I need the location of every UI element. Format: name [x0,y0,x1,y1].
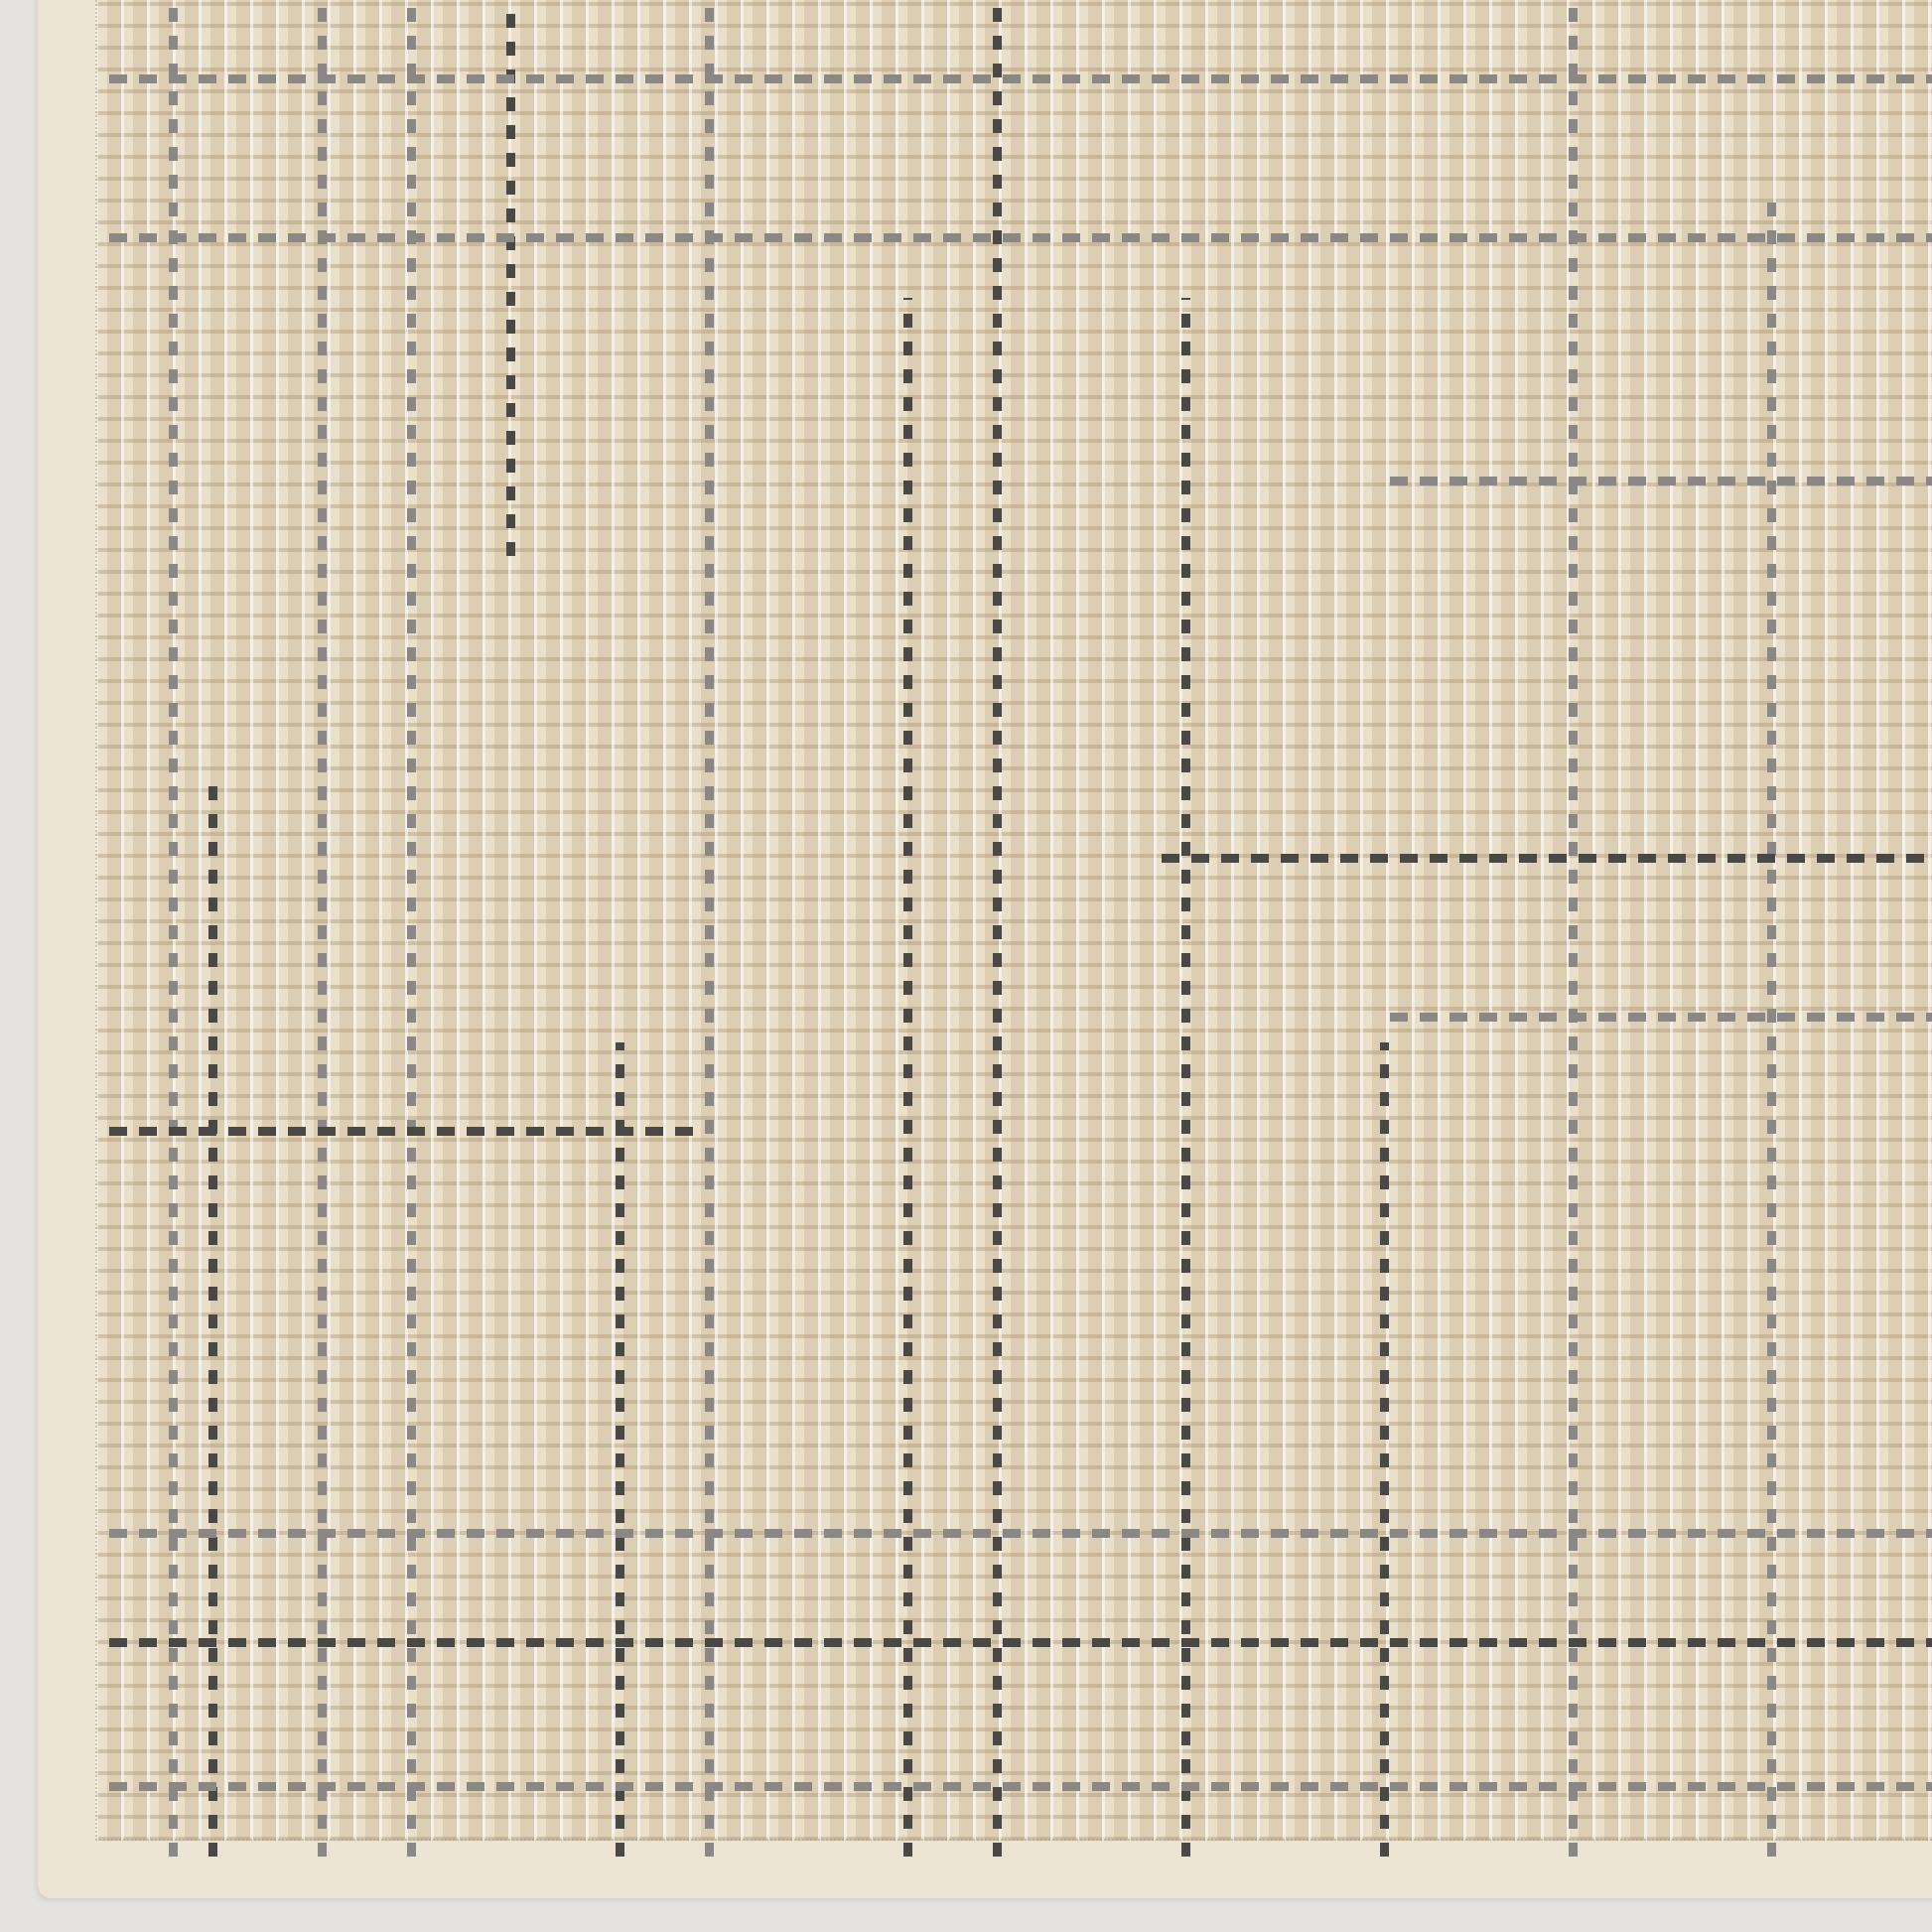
grid-line-vertical [1767,199,1776,1857]
grid-line-horizontal [1390,477,1932,485]
grid-line-horizontal [109,1638,1932,1647]
grid-line-horizontal [1390,1013,1932,1022]
grid-line-horizontal [109,1127,695,1136]
grid-line-vertical [169,0,178,1857]
grid-line-vertical [318,0,327,1857]
grid-line-horizontal [1162,854,1932,863]
grid-line-vertical [1569,0,1578,1857]
grid-line-vertical [506,0,515,556]
rug-weave-field [95,0,1932,1841]
rug [38,0,1932,1898]
grid-line-horizontal [109,233,1932,242]
grid-line-vertical [903,298,912,1857]
grid-line-horizontal [109,74,1932,83]
grid-line-vertical [993,0,1002,1857]
grid-line-vertical [705,0,714,1857]
grid-line-vertical [1380,1042,1389,1857]
grid-line-horizontal [109,1782,1932,1791]
grid-line-vertical [208,774,217,1857]
grid-line-vertical [616,1042,624,1857]
grid-line-vertical [407,0,416,1857]
grid-line-horizontal [109,1529,1932,1538]
grid-line-vertical [1181,298,1190,1857]
